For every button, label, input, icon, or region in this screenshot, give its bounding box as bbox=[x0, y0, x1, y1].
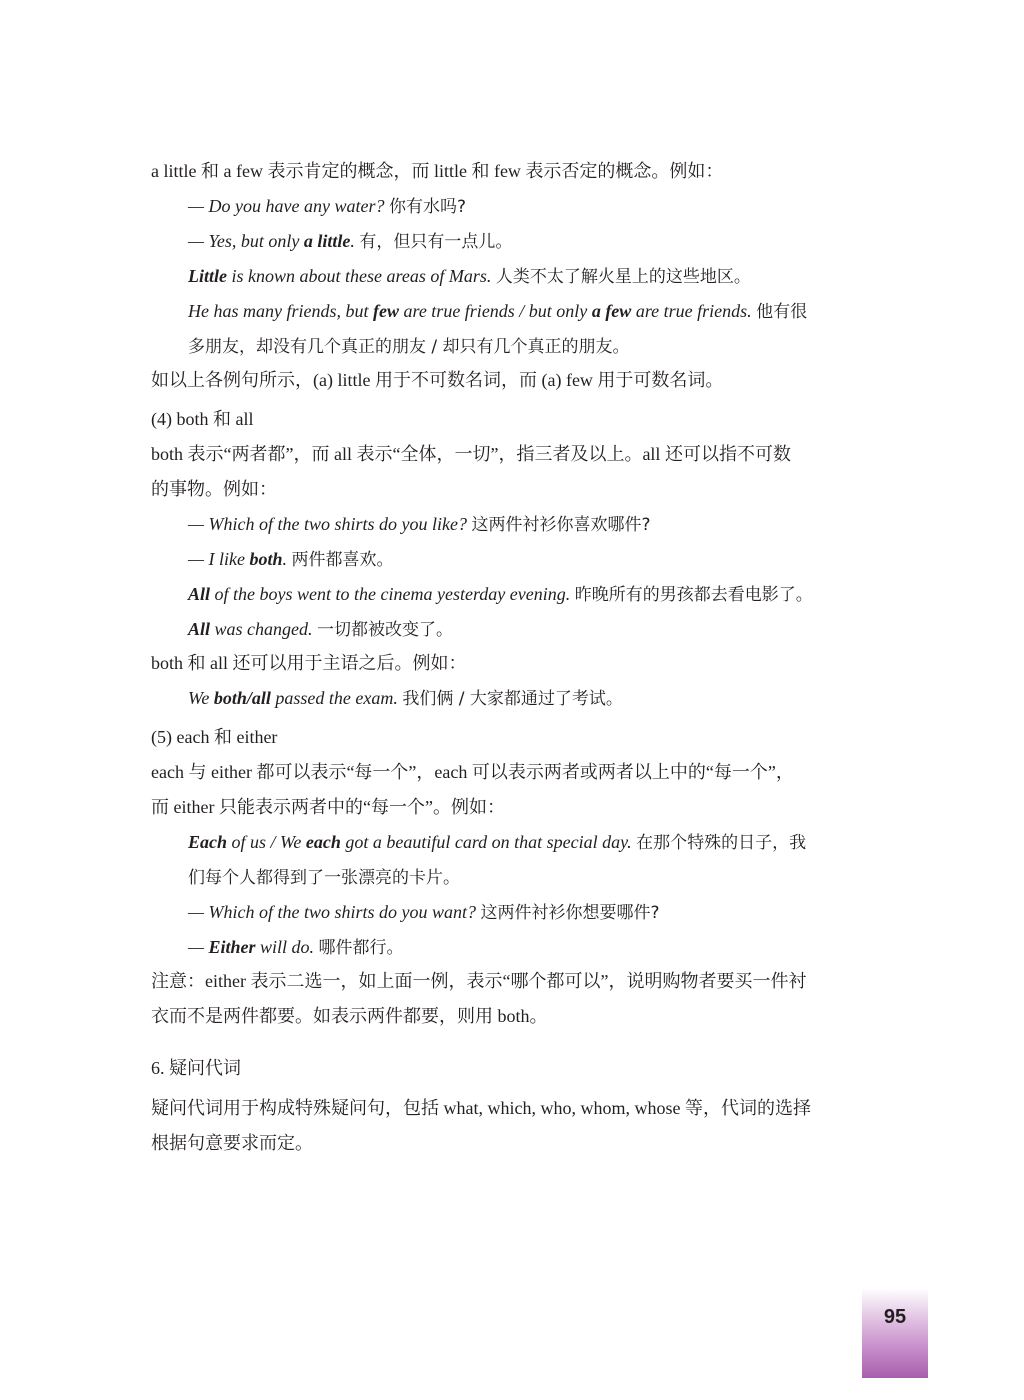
emphasized-word: Either bbox=[209, 937, 256, 957]
text-segment: He has many friends, but bbox=[188, 301, 373, 321]
text-segment: — I like bbox=[188, 549, 249, 569]
textbook-page: a little 和 a few 表示肯定的概念，而 little 和 few … bbox=[0, 0, 1024, 1400]
text-segment: 如以上各例句所示，(a) little 用于不可数名词，而 (a) few 用于… bbox=[151, 370, 723, 390]
example-sentence-line: — Yes, but only a little. 有，但只有一点儿。 bbox=[188, 229, 512, 254]
text-segment: of us / We bbox=[227, 832, 306, 852]
example-sentence-line: 多朋友，却没有几个真正的朋友 / 却只有几个真正的朋友。 bbox=[188, 334, 630, 359]
body-text-line: both 表示“两者都”，而 all 表示“全体，一切”，指三者及以上。all … bbox=[151, 442, 791, 466]
chinese-translation: 这两件衬衫你喜欢哪件? bbox=[471, 515, 650, 535]
example-sentence-line: — Which of the two shirts do you like? 这… bbox=[188, 512, 651, 537]
chinese-translation: 哪件都行。 bbox=[319, 938, 404, 958]
example-sentence-line: — Do you have any water? 你有水吗? bbox=[188, 194, 466, 219]
text-segment: 疑问代词用于构成特殊疑问句，包括 what, which, who, whom,… bbox=[151, 1098, 811, 1118]
example-sentence-line: We both/all passed the exam. 我们俩 / 大家都通过… bbox=[188, 686, 623, 711]
body-text-line: a little 和 a few 表示肯定的概念，而 little 和 few … bbox=[151, 159, 723, 183]
text-segment: both 和 all 还可以用于主语之后。例如： bbox=[151, 653, 467, 673]
emphasized-word: both bbox=[249, 549, 282, 569]
body-text-line: 而 either 只能表示两者中的“每一个”。例如： bbox=[151, 795, 505, 819]
text-segment: is known about these areas of Mars. bbox=[227, 266, 496, 286]
example-sentence-line: 们每个人都得到了一张漂亮的卡片。 bbox=[188, 865, 460, 890]
emphasized-word: All bbox=[188, 584, 210, 604]
body-text-line: (5) each 和 either bbox=[151, 725, 277, 749]
text-segment: each 与 either 都可以表示“每一个”，each 可以表示两者或两者以… bbox=[151, 762, 794, 782]
example-sentence-line: Little is known about these areas of Mar… bbox=[188, 264, 751, 289]
chinese-translation: 一切都被改变了。 bbox=[317, 620, 453, 640]
text-segment: . bbox=[350, 231, 359, 251]
example-sentence-line: Each of us / We each got a beautiful car… bbox=[188, 830, 806, 855]
text-segment: 而 either 只能表示两者中的“每一个”。例如： bbox=[151, 797, 505, 817]
text-segment: 注意：either 表示二选一，如上面一例，表示“哪个都可以”，说明购物者要买一… bbox=[151, 971, 806, 991]
body-text-line: (4) both 和 all bbox=[151, 407, 253, 431]
example-sentence-line: — Either will do. 哪件都行。 bbox=[188, 935, 404, 960]
chinese-translation: 这两件衬衫你想要哪件? bbox=[481, 903, 660, 923]
text-segment: — bbox=[188, 937, 209, 957]
body-text-line: 6. 疑问代词 bbox=[151, 1056, 241, 1080]
emphasized-word: few bbox=[373, 301, 399, 321]
example-sentence-line: — Which of the two shirts do you want? 这… bbox=[188, 900, 660, 925]
text-segment: — Which of the two shirts do you like? bbox=[188, 514, 471, 534]
body-text-line: each 与 either 都可以表示“每一个”，each 可以表示两者或两者以… bbox=[151, 760, 794, 784]
text-segment: will do. bbox=[256, 937, 319, 957]
chinese-translation: 我们俩 / 大家都通过了考试。 bbox=[402, 689, 623, 709]
emphasized-word: a few bbox=[592, 301, 632, 321]
text-segment: 6. 疑问代词 bbox=[151, 1058, 241, 1078]
text-segment: are true friends / but only bbox=[399, 301, 592, 321]
emphasized-word: both/all bbox=[214, 688, 271, 708]
example-sentence-line: All of the boys went to the cinema yeste… bbox=[188, 582, 813, 607]
emphasized-word: Little bbox=[188, 266, 227, 286]
chinese-translation: 他有很 bbox=[756, 302, 807, 322]
text-segment: — Do you have any water? bbox=[188, 196, 389, 216]
chinese-translation: 人类不太了解火星上的这些地区。 bbox=[496, 267, 751, 287]
chinese-translation: 们每个人都得到了一张漂亮的卡片。 bbox=[188, 868, 460, 888]
emphasized-word: All bbox=[188, 619, 210, 639]
text-segment: (4) both 和 all bbox=[151, 409, 253, 429]
text-segment: are true friends. bbox=[631, 301, 756, 321]
emphasized-word: each bbox=[306, 832, 341, 852]
text-segment: 的事物。例如： bbox=[151, 479, 277, 499]
text-segment: 衣而不是两件都要。如表示两件都要，则用 both。 bbox=[151, 1006, 548, 1026]
chinese-translation: 两件都喜欢。 bbox=[292, 550, 394, 570]
chinese-translation: 有，但只有一点儿。 bbox=[359, 232, 512, 252]
text-segment: of the boys went to the cinema yesterday… bbox=[210, 584, 575, 604]
body-text-line: 如以上各例句所示，(a) little 用于不可数名词，而 (a) few 用于… bbox=[151, 368, 723, 392]
body-text-line: 根据句意要求而定。 bbox=[151, 1131, 313, 1155]
text-segment: 根据句意要求而定。 bbox=[151, 1133, 313, 1153]
example-sentence-line: He has many friends, but few are true fr… bbox=[188, 299, 807, 324]
text-segment: . bbox=[283, 549, 292, 569]
text-segment: was changed. bbox=[210, 619, 317, 639]
chinese-translation: 昨晚所有的男孩都去看电影了。 bbox=[575, 585, 813, 605]
chinese-translation: 你有水吗? bbox=[389, 197, 466, 217]
body-text-line: both 和 all 还可以用于主语之后。例如： bbox=[151, 651, 467, 675]
body-text-line: 的事物。例如： bbox=[151, 477, 277, 501]
example-sentence-line: — I like both. 两件都喜欢。 bbox=[188, 547, 394, 572]
chinese-translation: 在那个特殊的日子，我 bbox=[636, 833, 806, 853]
page-number: 95 bbox=[862, 1306, 928, 1329]
example-sentence-line: All was changed. 一切都被改变了。 bbox=[188, 617, 453, 642]
text-segment: got a beautiful card on that special day… bbox=[341, 832, 636, 852]
text-segment: We bbox=[188, 688, 214, 708]
page-number-tab: 95 bbox=[862, 1288, 928, 1378]
text-segment: both 表示“两者都”，而 all 表示“全体，一切”，指三者及以上。all … bbox=[151, 444, 791, 464]
body-text-line: 疑问代词用于构成特殊疑问句，包括 what, which, who, whom,… bbox=[151, 1096, 811, 1120]
emphasized-word: Each bbox=[188, 832, 227, 852]
emphasized-word: a little bbox=[304, 231, 351, 251]
text-segment: — Which of the two shirts do you want? bbox=[188, 902, 481, 922]
chinese-translation: 多朋友，却没有几个真正的朋友 / 却只有几个真正的朋友。 bbox=[188, 337, 630, 357]
body-text-line: 衣而不是两件都要。如表示两件都要，则用 both。 bbox=[151, 1004, 548, 1028]
text-segment: (5) each 和 either bbox=[151, 727, 277, 747]
text-segment: a little 和 a few 表示肯定的概念，而 little 和 few … bbox=[151, 161, 723, 181]
text-segment: passed the exam. bbox=[271, 688, 402, 708]
body-text-line: 注意：either 表示二选一，如上面一例，表示“哪个都可以”，说明购物者要买一… bbox=[151, 969, 806, 993]
text-segment: — Yes, but only bbox=[188, 231, 304, 251]
